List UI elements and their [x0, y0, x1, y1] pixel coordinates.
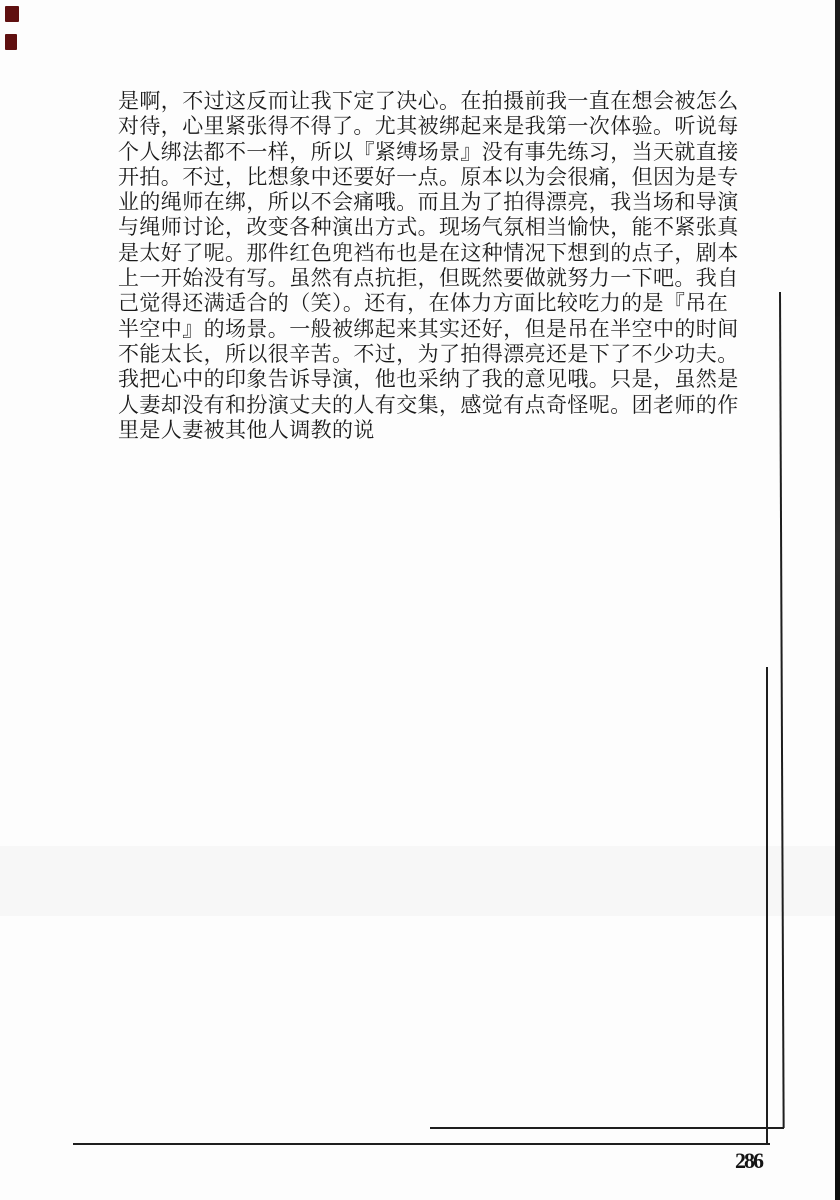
text-line-14: 里是人妻被其他人调教的说	[118, 418, 743, 443]
text-line-8: 上一开始没有写。虽然有点抗拒，但既然要做就努力一下吧。我自	[118, 266, 743, 291]
text-line-12: 我把心中的印象告诉导演，他也采纳了我的意见哦。只是，虽然是	[118, 367, 743, 392]
scan-crease-line-vertical-1	[779, 292, 785, 1128]
text-line-1: 是啊，不过这反而让我下定了决心。在拍摄前我一直在想会被怎么	[118, 89, 743, 114]
text-line-2: 对待，心里紧张得不得了。尤其被绑起来是我第一次体验。听说每	[118, 114, 743, 139]
scan-edge-border-strip	[835, 0, 840, 1200]
text-line-11: 不能太长，所以很辛苦。不过，为了拍得漂亮还是下了不少功夫。	[118, 342, 743, 367]
scanned-book-page: 是啊，不过这反而让我下定了决心。在拍摄前我一直在想会被怎么 对待，心里紧张得不得…	[0, 0, 840, 1200]
scan-ink-mark-top-left-1	[5, 6, 19, 22]
scan-crease-line-horizontal-1	[430, 1127, 784, 1129]
text-line-4: 开拍。不过，比想象中还要好一点。原本以为会很痛，但因为是专	[118, 165, 743, 190]
body-text: 是啊，不过这反而让我下定了决心。在拍摄前我一直在想会被怎么 对待，心里紧张得不得…	[118, 89, 743, 443]
text-line-10: 半空中』的场景。一般被绑起来其实还好，但是吊在半空中的时间	[118, 317, 743, 342]
text-line-6: 与绳师讨论，改变各种演出方式。现场气氛相当愉快，能不紧张真	[118, 215, 743, 240]
text-line-3: 个人绑法都不一样，所以『紧缚场景』没有事先练习，当天就直接	[118, 140, 743, 165]
scan-shading-band	[0, 846, 840, 916]
scan-crease-line-horizontal-2	[73, 1143, 770, 1145]
scan-ink-mark-top-left-2	[5, 34, 17, 50]
scan-crease-line-vertical-2	[766, 667, 768, 1145]
text-line-13: 人妻却没有和扮演丈夫的人有交集，感觉有点奇怪呢。团老师的作	[118, 393, 743, 418]
page-number: 286	[735, 1148, 762, 1174]
text-line-9: 己觉得还满适合的（笑）。还有，在体力方面比较吃力的是『吊在	[118, 291, 743, 316]
text-line-7: 是太好了呢。那件红色兜裆布也是在这种情况下想到的点子，剧本	[118, 241, 743, 266]
text-line-5: 业的绳师在绑，所以不会痛哦。而且为了拍得漂亮，我当场和导演	[118, 190, 743, 215]
